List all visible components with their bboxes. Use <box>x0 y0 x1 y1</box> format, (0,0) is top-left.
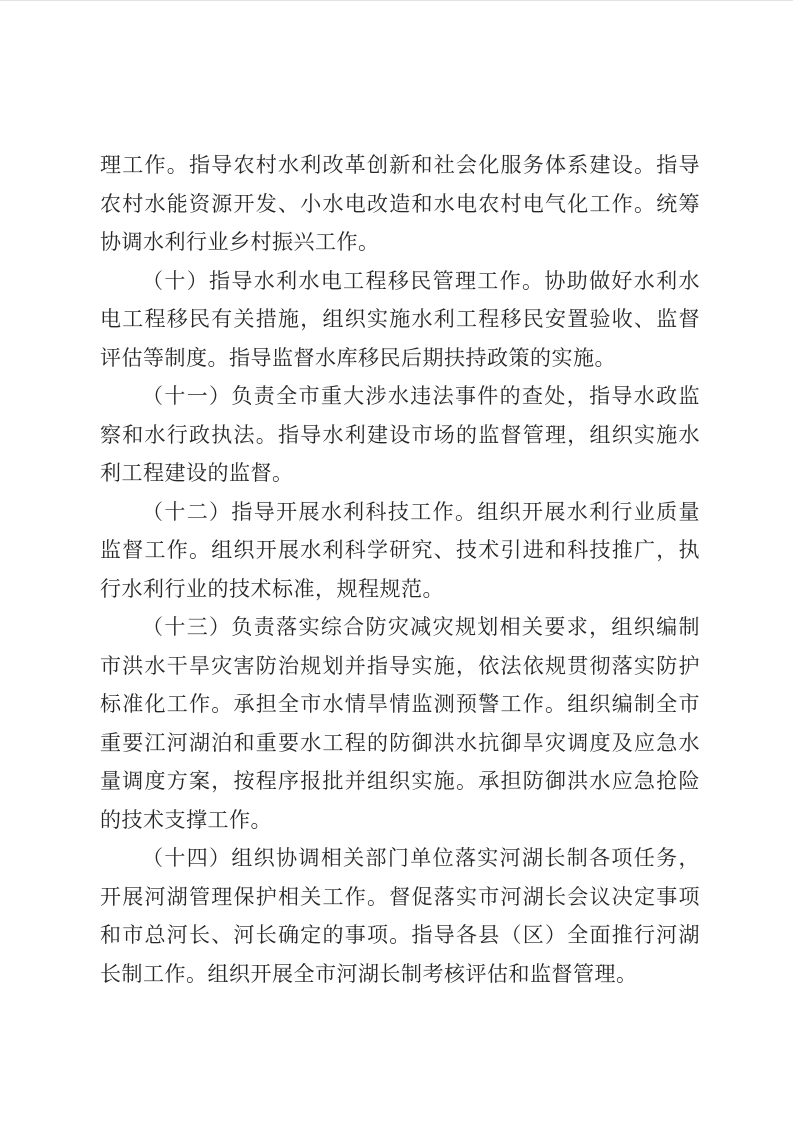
document-page: 理工作。指导农村水利改革创新和社会化服务体系建设。指导农村水能资源开发、小水电改… <box>0 0 793 1122</box>
paragraph-item-12: （十二）指导开展水利科技工作。组织开展水利行业质量监督工作。组织开展水利科学研究… <box>100 493 700 609</box>
paragraph-item-14: （十四）组织协调相关部门单位落实河湖长制各项任务，开展河湖管理保护相关工作。督促… <box>100 839 700 993</box>
paragraph-item-10: （十）指导水利水电工程移民管理工作。协助做好水利水电工程移民有关措施，组织实施水… <box>100 262 700 378</box>
document-body: 理工作。指导农村水利改革创新和社会化服务体系建设。指导农村水能资源开发、小水电改… <box>100 146 700 993</box>
paragraph-item-11: （十一）负责全市重大涉水违法事件的查处，指导水政监察和水行政执法。指导水利建设市… <box>100 377 700 493</box>
paragraph-continuation: 理工作。指导农村水利改革创新和社会化服务体系建设。指导农村水能资源开发、小水电改… <box>100 146 700 262</box>
paragraph-item-13: （十三）负责落实综合防灾减灾规划相关要求，组织编制市洪水干旱灾害防治规划并指导实… <box>100 608 700 839</box>
